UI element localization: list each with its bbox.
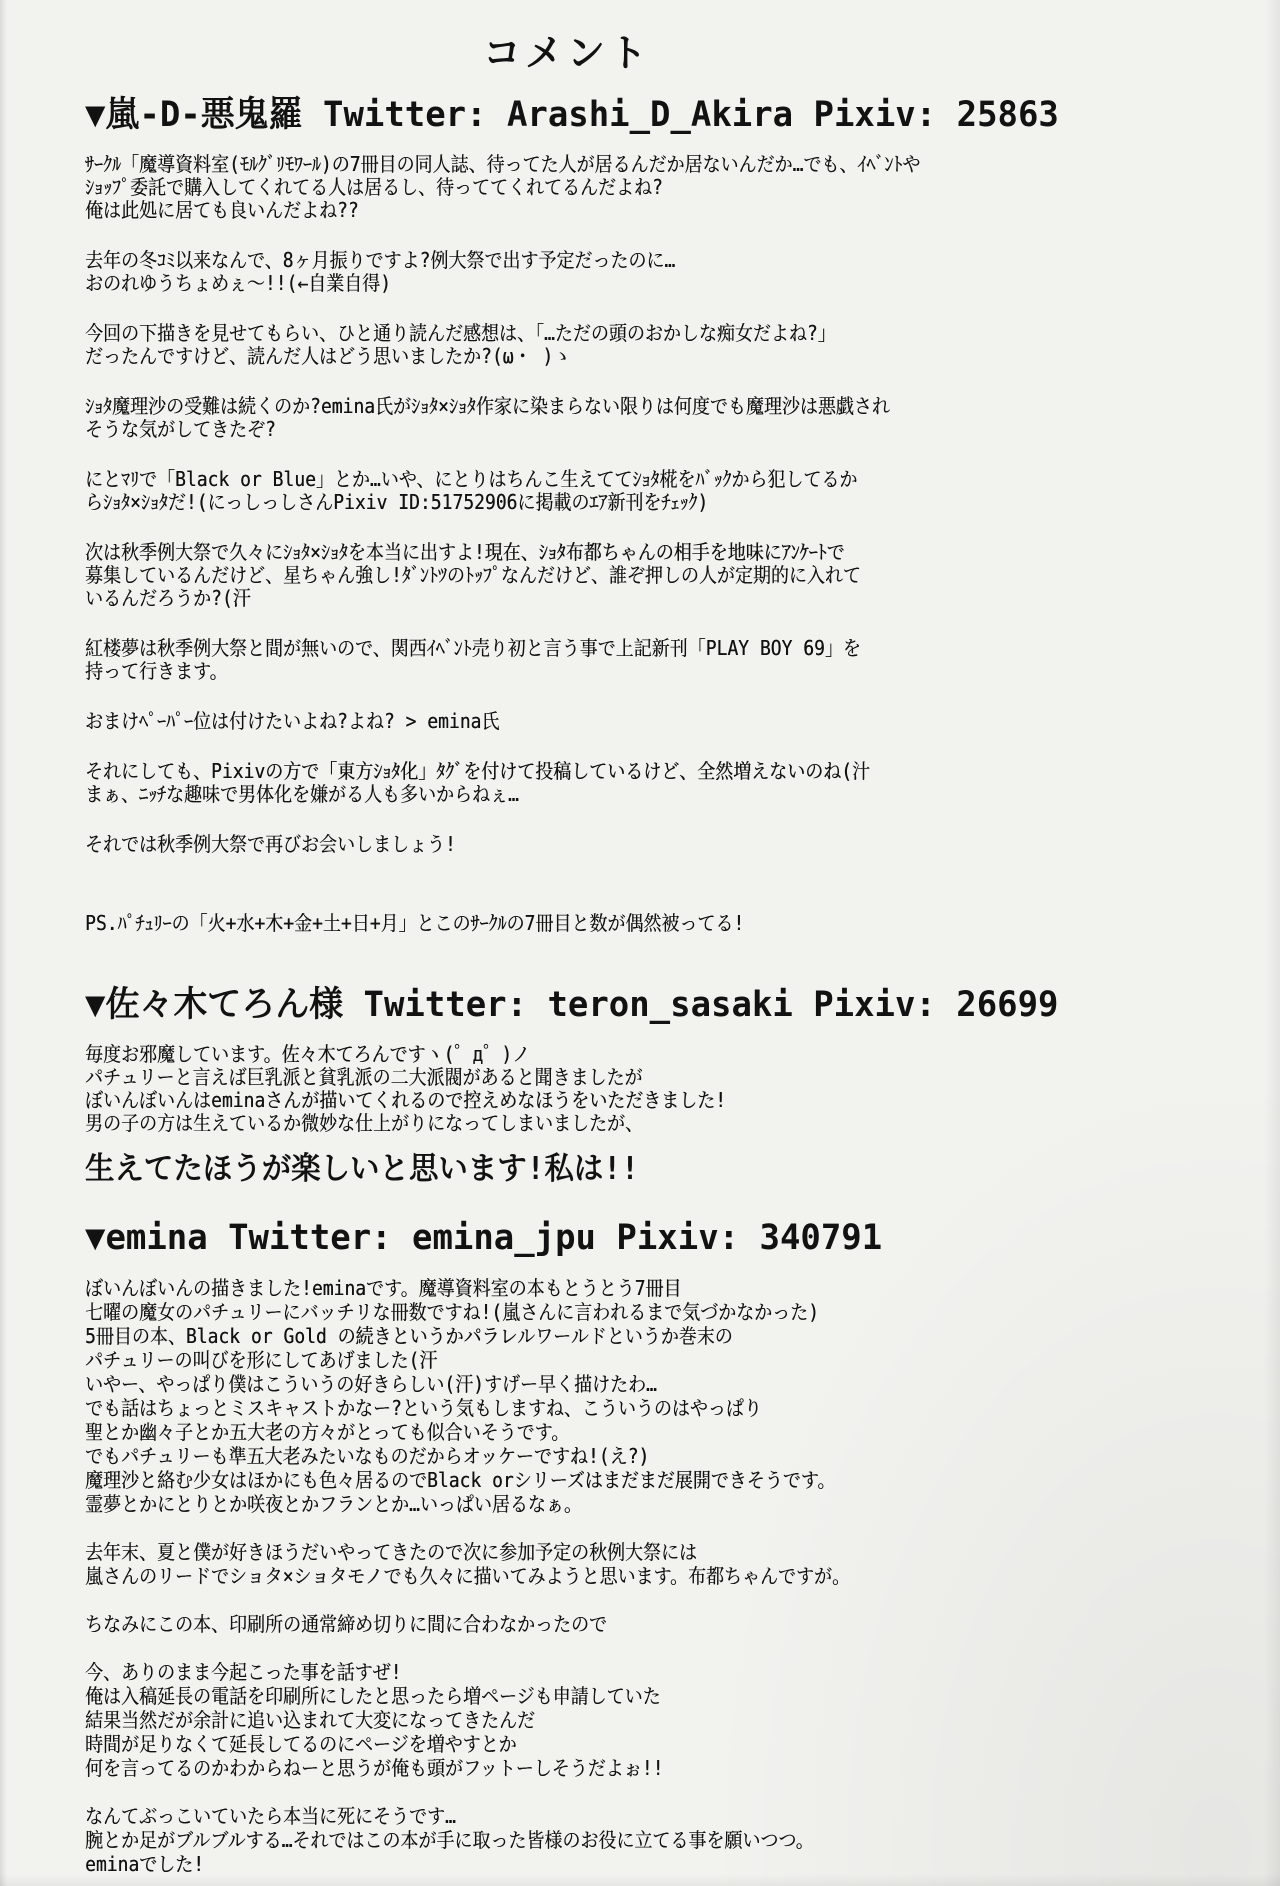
comment-paragraph: ｻｰｸﾙ「魔導資料室(ﾓﾙｸﾞﾘﾓﾜｰﾙ)の7冊目の同人誌、待ってた人が居るんだ… — [85, 153, 1255, 222]
comment-paragraph: ｼｮﾀ魔理沙の受難は続くのか?emina氏がｼｮﾀ×ｼｮﾀ作家に染まらない限りは… — [85, 395, 1255, 441]
section-header-emina: ▼emina Twitter: emina_jpu Pixiv: 340791 — [85, 1218, 1196, 1258]
comment-paragraph: それでは秋季例大祭で再びお会いしましょう! — [85, 833, 1255, 856]
comment-paragraph: ぼいんぼいんの描きました!eminaです。魔導資料室の本もとうとう7冊目 七曜の… — [85, 1276, 1255, 1516]
comment-paragraph: 次は秋季例大祭で久々にｼｮﾀ×ｼｮﾀを本当に出すよ!現在、ｼｮﾀ布都ちゃんの相手… — [85, 541, 1255, 610]
comment-paragraph: 今回の下描きを見せてもらい、ひと通り読んだ感想は、「…ただの頭のおかしな痴女だよ… — [85, 322, 1255, 368]
page-title: コメント — [483, 22, 1230, 77]
comment-paragraph: それにしても、Pixivの方で「東方ｼｮﾀ化」ﾀｸﾞを付けて投稿しているけど、全… — [85, 760, 1255, 806]
comment-paragraph: 毎度お邪魔しています。佐々木てろんですヽ(゜д゜)ノ パチュリーと言えば巨乳派と… — [85, 1043, 1255, 1135]
comment-paragraph: ちなみにこの本、印刷所の通常締め切りに間に合わなかったので — [85, 1612, 1255, 1636]
comment-paragraph: 去年末、夏と僕が好きほうだいやってきたので次に参加予定の秋例大祭には 嵐さんのリ… — [85, 1540, 1255, 1588]
emphasis-line: 生えてたほうが楽しいと思います!私は!! — [85, 1143, 1173, 1188]
comment-paragraph: おまけﾍﾟｰﾊﾟｰ位は付けたいよね?よね? > emina氏 — [85, 710, 1255, 733]
comment-section-emina: ▼emina Twitter: emina_jpu Pixiv: 340791 … — [85, 1218, 1230, 1876]
scanned-page: コメント ▼嵐-D-悪鬼羅 Twitter: Arashi_D_Akira Pi… — [0, 0, 1280, 1876]
comment-paragraph: 去年の冬ｺﾐ以来なんで、8ヶ月振りですよ?例大祭で出す予定だったのに… おのれゆ… — [85, 249, 1255, 295]
comment-section-sasaki: ▼佐々木てろん様 Twitter: teron_sasaki Pixiv: 26… — [85, 977, 1230, 1188]
section-header-sasaki: ▼佐々木てろん様 Twitter: teron_sasaki Pixiv: 26… — [85, 977, 1196, 1027]
comment-paragraph: にとﾏﾘで「Black or Blue」とか…いや、にとりはちんこ生えててｼｮﾀ… — [85, 468, 1255, 514]
comment-section-arashi: ▼嵐-D-悪鬼羅 Twitter: Arashi_D_Akira Pixiv: … — [85, 87, 1230, 935]
postscript-line: PS.ﾊﾟﾁｭﾘｰの「火+水+木+金+土+日+月」とこのｻｰｸﾙの7冊目と数が偶… — [85, 912, 1255, 935]
comment-paragraph: なんてぶっこいていたら本当に死にそうです… 腕とか足がブルブルする…それではこの… — [85, 1804, 1255, 1876]
comment-paragraph: 紅楼夢は秋季例大祭と間が無いので、関西ｲﾍﾞﾝﾄ売り初と言う事で上記新刊「PLA… — [85, 637, 1255, 683]
comment-paragraph: 今、ありのまま今起こった事を話すぜ! 俺は入稿延長の電話を印刷所にしたと思ったら… — [85, 1660, 1255, 1780]
section-header-arashi: ▼嵐-D-悪鬼羅 Twitter: Arashi_D_Akira Pixiv: … — [85, 87, 1196, 137]
